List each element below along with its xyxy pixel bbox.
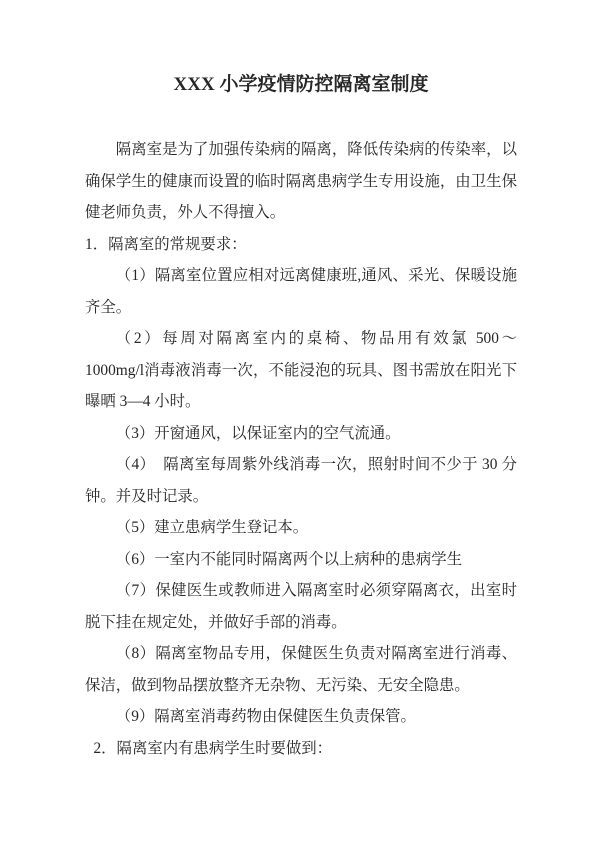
section-1-item-1: （1）隔离室位置应相对远离健康班,通风、采光、保暖设施齐全。 (85, 260, 517, 323)
section-1-item-4: （4） 隔离室每周紫外线消毒一次，照射时间不少于 30 分钟。并及时记录。 (85, 449, 517, 512)
section-1-item-9: （9）隔离室消毒药物由保健医生负责保管。 (85, 701, 517, 733)
section-1-heading: 1．隔离室的常规要求： (85, 229, 517, 261)
paragraph-intro: 隔离室是为了加强传染病的隔离，降低传染病的传染率，以确保学生的健康而设置的临时隔… (85, 134, 517, 229)
section-1-item-6: （6）一室内不能同时隔离两个以上病种的患病学生 (85, 544, 517, 576)
section-1-item-8: （8）隔离室物品专用，保健医生负责对隔离室进行消毒、保洁，做到物品摆放整齐无杂物… (85, 638, 517, 701)
document-title: XXX 小学疫情防控隔离室制度 (85, 72, 517, 98)
section-1-item-2: （2）每周对隔离室内的桌椅、物品用有效氯 500～1000mg/l消毒液消毒一次… (85, 323, 517, 418)
document-page: XXX 小学疫情防控隔离室制度 隔离室是为了加强传染病的隔离，降低传染病的传染率… (0, 0, 600, 850)
section-1-item-3: （3）开窗通风，以保证室内的空气流通。 (85, 418, 517, 450)
section-1-item-5: （5）建立患病学生登记本。 (85, 512, 517, 544)
section-1-item-7: （7）保健医生或教师进入隔离室时必须穿隔离衣，出室时脱下挂在规定处，并做好手部的… (85, 575, 517, 638)
document-body: 隔离室是为了加强传染病的隔离，降低传染病的传染率，以确保学生的健康而设置的临时隔… (85, 134, 517, 764)
section-2-heading: 2．隔离室内有患病学生时要做到： (85, 733, 517, 765)
